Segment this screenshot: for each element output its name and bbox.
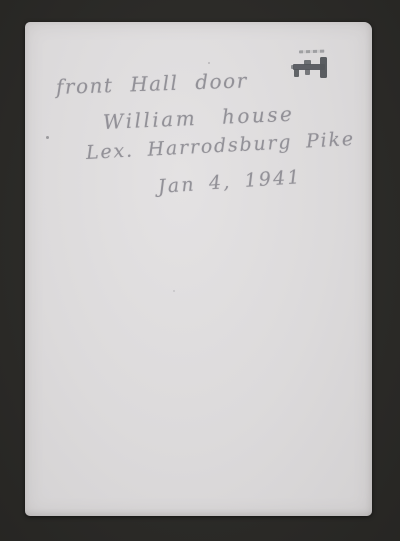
paper-speck <box>46 136 49 139</box>
paper-speck <box>208 62 210 64</box>
ink-stamp-mark <box>291 55 333 80</box>
inscription-line-address: Lex. Harrodsburg Pike <box>85 128 355 164</box>
inscription-line-date: Jan 4, 1941 <box>157 166 302 198</box>
stamp-smudge-mark <box>299 50 325 54</box>
inscription-line-house: William house <box>102 102 294 134</box>
stamp-area <box>291 50 335 80</box>
photo-mat-background: front Hall door William house Lex. Harro… <box>0 0 400 541</box>
photograph-verso-card: front Hall door William house Lex. Harro… <box>25 22 372 516</box>
paper-speck <box>173 290 175 292</box>
inscription-line-location: front Hall door <box>56 68 248 99</box>
